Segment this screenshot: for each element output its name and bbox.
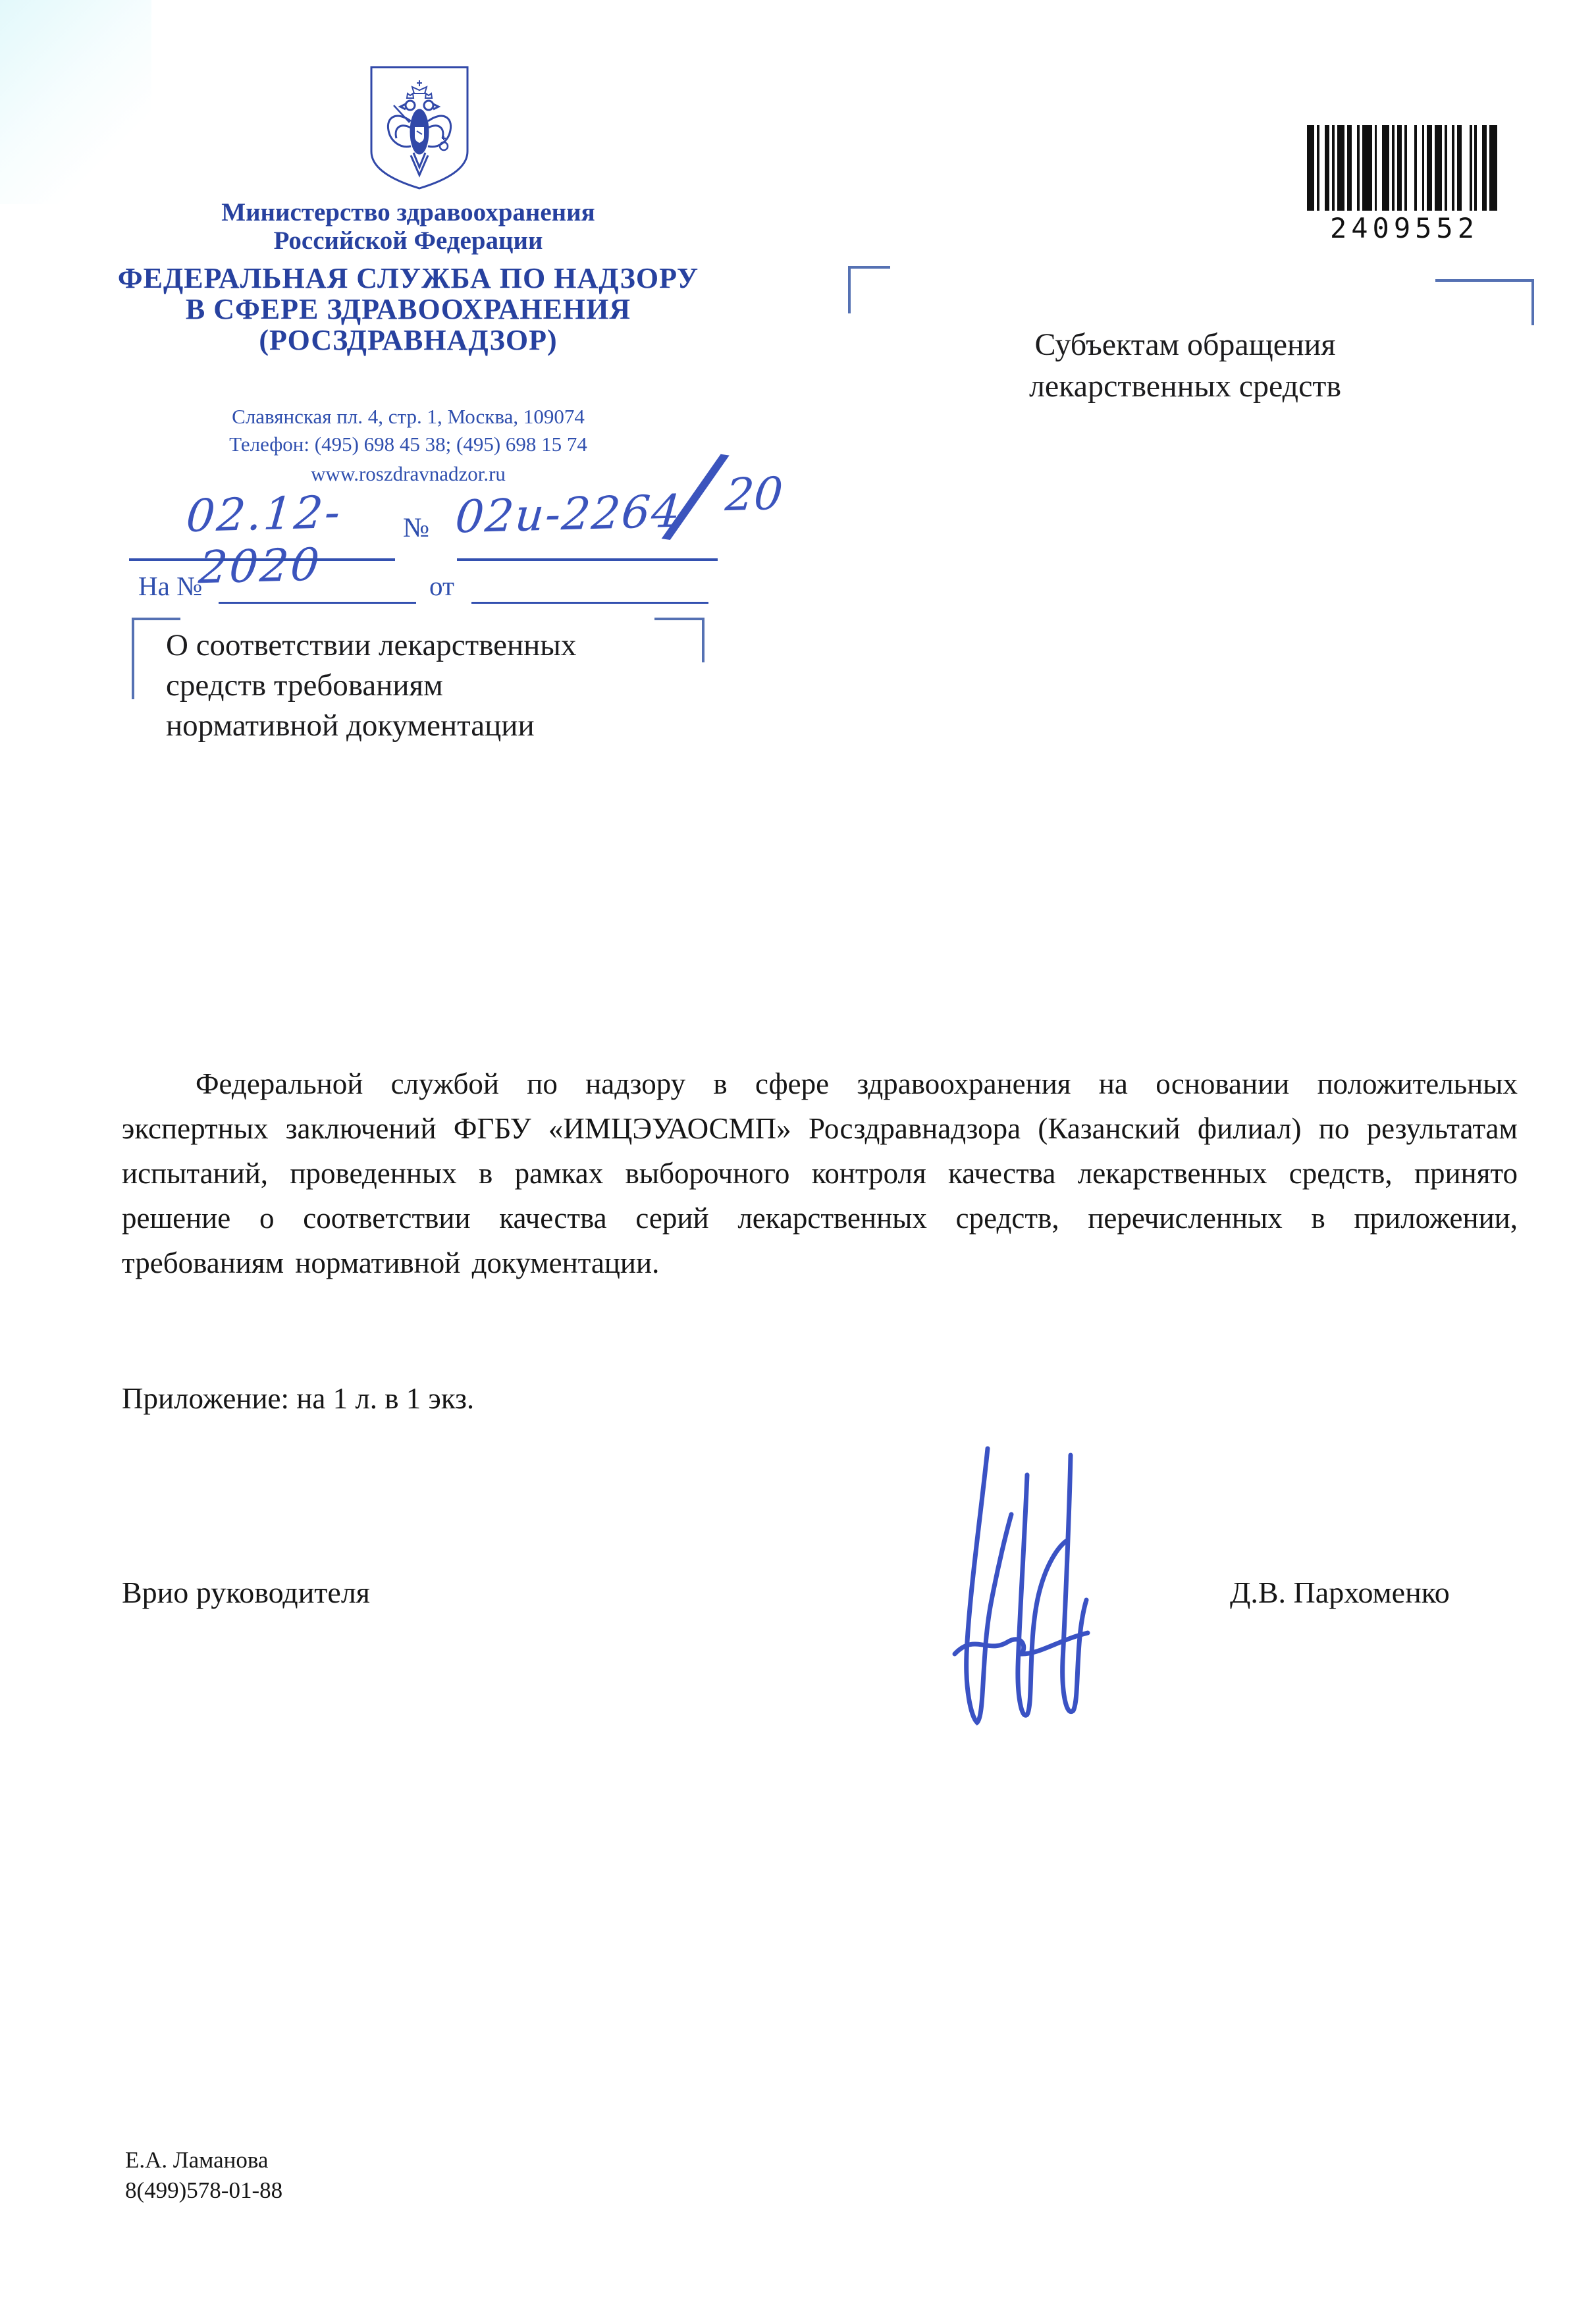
addressee-block: Субъектам обращения лекарственных средст… — [942, 324, 1429, 407]
ministry-name-line1: Министерство здравоохранения — [99, 199, 718, 226]
signer-name: Д.В. Пархоменко — [1230, 1575, 1450, 1610]
letterhead-website: www.roszdravnadzor.ru — [99, 463, 718, 485]
addressee-line: лекарственных средств — [942, 365, 1429, 407]
subject-line: средств требованиям — [166, 666, 679, 706]
coat-of-arms-icon — [366, 65, 473, 191]
addressee-corner-right — [1435, 279, 1534, 325]
date-underline — [129, 558, 395, 561]
addressee-corner-left — [848, 266, 890, 313]
reply-from-label: от — [429, 570, 454, 602]
reply-number-underline — [219, 602, 416, 604]
letterhead-address: Славянская пл. 4, стр. 1, Москва, 109074 — [99, 406, 718, 428]
addressee-line: Субъектам обращения — [942, 324, 1429, 365]
executor-name: Е.А. Ламанова — [125, 2145, 282, 2175]
barcode-bars — [1307, 125, 1502, 211]
letter-page: Министерство здравоохранения Российской … — [0, 0, 1596, 2317]
service-name-line2: В СФЕРЕ ЗДРАВООХРАНЕНИЯ — [99, 294, 718, 325]
reply-date-underline — [471, 602, 708, 604]
service-name-line1: ФЕДЕРАЛЬНАЯ СЛУЖБА ПО НАДЗОРУ — [99, 263, 718, 294]
coat-of-arms-emblem — [366, 65, 473, 191]
body-paragraph: Федеральной службой по надзору в сфере з… — [122, 1061, 1518, 1285]
reply-to-label: На № — [138, 570, 202, 602]
service-name-line3: (РОСЗДРАВНАДЗОР) — [99, 325, 718, 356]
barcode-number: 2409552 — [1307, 212, 1502, 244]
number-sign-label: № — [403, 512, 429, 544]
signer-position: Врио руководителя — [122, 1575, 370, 1610]
handwritten-number: 02и-2264 — [453, 489, 683, 541]
scan-tint-artifact — [0, 0, 151, 204]
number-underline — [457, 558, 718, 561]
attachment-line: Приложение: на 1 л. в 1 экз. — [122, 1381, 474, 1416]
letterhead-phone: Телефон: (495) 698 45 38; (495) 698 15 7… — [99, 433, 718, 456]
executor-contact: Е.А. Ламанова 8(499)578-01-88 — [125, 2145, 282, 2206]
executor-phone: 8(499)578-01-88 — [125, 2175, 282, 2206]
handwritten-number-suffix: 20 — [724, 468, 785, 521]
subject-line: О соответствии лекарственных — [166, 626, 679, 666]
signature-icon — [927, 1434, 1144, 1744]
subject-line: нормативной документации — [166, 706, 679, 746]
subject-block: О соответствии лекарственных средств тре… — [166, 626, 679, 746]
handwritten-signature — [927, 1434, 1144, 1744]
ministry-name-line2: Российской Федерации — [99, 227, 718, 255]
